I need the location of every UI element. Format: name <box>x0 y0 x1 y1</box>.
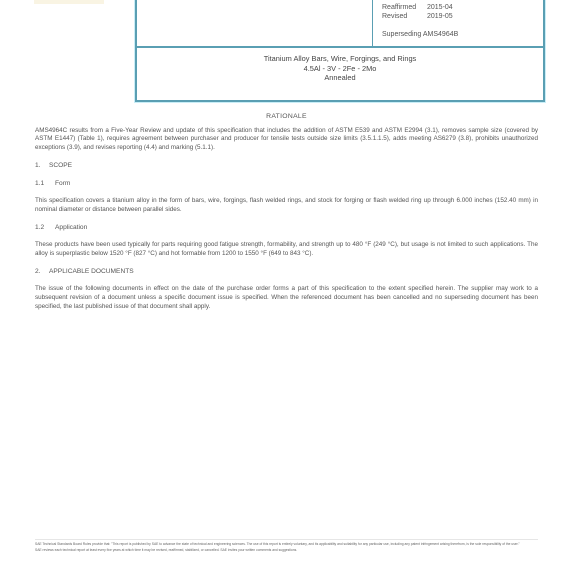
footer-line: SAE reviews each technical report at lea… <box>35 548 538 552</box>
section-applicable-documents-heading: 2. APPLICABLE DOCUMENTS <box>35 268 538 277</box>
reaffirmed-date: 2015-04 <box>427 4 453 13</box>
rationale-text: AMS4964C results from a Five-Year Review… <box>35 127 538 153</box>
section-number: 2. <box>35 268 49 277</box>
footer-notice: SAE Technical Standards Board Rules prov… <box>35 542 538 554</box>
reaffirmed-row: Reaffirmed 2015-04 <box>382 4 458 13</box>
section-title: SCOPE <box>49 162 72 171</box>
form-text: This specification covers a titanium all… <box>35 197 538 214</box>
superseding-note: Superseding AMS4964B <box>382 31 458 40</box>
section-number: 1. <box>35 162 49 171</box>
document-body: RATIONALE AMS4964C results from a Five-Y… <box>35 113 538 321</box>
reaffirmed-label: Reaffirmed <box>382 4 427 13</box>
application-text: These products have been used typically … <box>35 241 538 258</box>
document-title: Titanium Alloy Bars, Wire, Forgings, and… <box>137 54 543 83</box>
document-header: Reaffirmed 2015-04 Revised 2019-05 Super… <box>135 0 545 102</box>
title-line: Annealed <box>137 73 543 83</box>
applicable-documents-text: The issue of the following documents in … <box>35 285 538 311</box>
section-number: 1.1 <box>35 180 55 189</box>
revised-label: Revised <box>382 13 427 22</box>
section-title: APPLICABLE DOCUMENTS <box>49 268 134 277</box>
section-title: Form <box>55 180 70 189</box>
footer-line: SAE Technical Standards Board Rules prov… <box>35 542 538 546</box>
footer-divider <box>35 539 538 540</box>
publisher-logo <box>34 0 104 4</box>
section-number: 1.2 <box>35 224 55 233</box>
header-divider <box>372 0 373 46</box>
title-line: 4.5Al - 3V - 2Fe - 2Mo <box>137 64 543 74</box>
header-top-row: Reaffirmed 2015-04 Revised 2019-05 Super… <box>137 0 543 48</box>
revision-info: Reaffirmed 2015-04 Revised 2019-05 Super… <box>382 4 458 40</box>
section-form-heading: 1.1 Form <box>35 180 538 189</box>
section-application-heading: 1.2 Application <box>35 224 538 233</box>
section-title: Application <box>55 224 87 233</box>
revised-row: Revised 2019-05 <box>382 13 458 22</box>
title-line: Titanium Alloy Bars, Wire, Forgings, and… <box>137 54 543 64</box>
revised-date: 2019-05 <box>427 13 453 22</box>
section-scope-heading: 1. SCOPE <box>35 162 538 171</box>
rationale-heading: RATIONALE <box>35 113 538 122</box>
